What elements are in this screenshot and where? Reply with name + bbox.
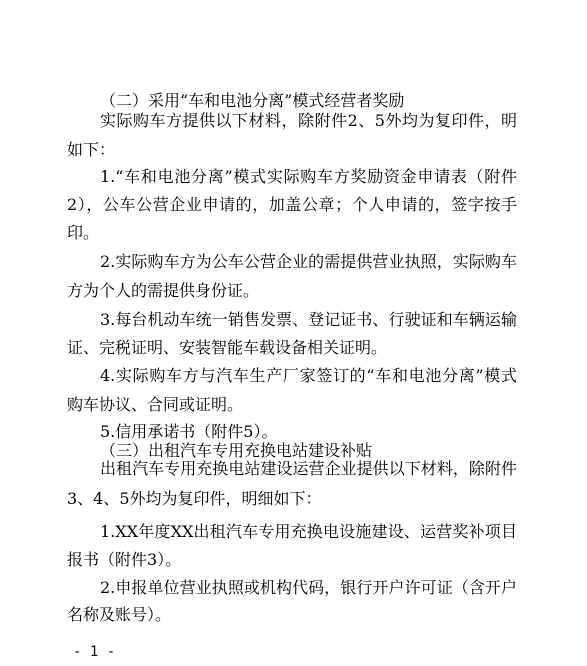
item-line: 证、完税证明、安装智能车载设备相关证明。: [67, 338, 517, 358]
item-line: 1.XX年度XX出租汽车专用充换电设施建设、运营奖补项目申: [67, 522, 517, 542]
item-line: 5.信用承诺书（附件5）。: [67, 422, 517, 442]
item-line: 名称及账号）。: [67, 605, 517, 625]
item-line: 1.“车和电池分离”模式实际购车方奖励资金申请表（附件: [67, 167, 517, 187]
page-number: - 1 -: [73, 642, 115, 662]
intro-line: 如下：: [67, 140, 517, 160]
item-line: 2.实际购车方为公车公营企业的需提供营业执照，实际购车: [67, 252, 517, 272]
item-line: 3.每台机动车统一销售发票、登记证书、行驶证和车辆运输: [67, 310, 517, 330]
item-line: 2），公车公营企业申请的，加盖公章；个人申请的，签字按手: [67, 195, 517, 215]
item-line: 方为个人的需提供身份证。: [67, 281, 517, 301]
item-line: 印。: [67, 223, 517, 243]
section-heading: （二）采用“车和电池分离”模式经营者奖励: [67, 91, 517, 111]
section-heading: （三）出租汽车专用充换电站建设补贴: [67, 441, 517, 461]
item-line: 4.实际购车方与汽车生产厂家签订的“车和电池分离”模式: [67, 366, 517, 386]
intro-line: 出租汽车专用充换电站建设运营企业提供以下材料，除附件: [67, 459, 517, 479]
intro-line: 3、4、5外均为复印件，明细如下：: [67, 489, 517, 509]
item-line: 报书（附件3）。: [67, 550, 517, 570]
item-line: 购车协议、合同或证明。: [67, 395, 517, 415]
document-page: （二）采用“车和电池分离”模式经营者奖励 实际购车方提供以下材料，除附件2、5外…: [0, 0, 587, 666]
item-line: 2.申报单位营业执照或机构代码，银行开户许可证（含开户: [67, 578, 517, 598]
intro-line: 实际购车方提供以下材料，除附件2、5外均为复印件，明细: [67, 111, 517, 131]
